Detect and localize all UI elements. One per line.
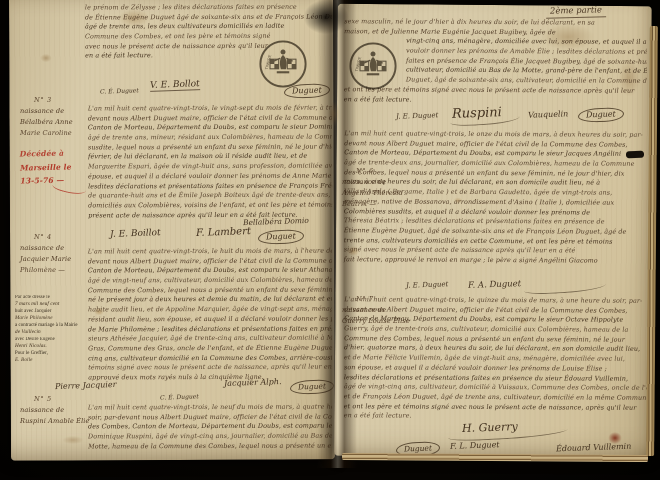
hand-line: avec Désiré Eugène — [15, 336, 93, 343]
hand-line: âgé de vingt-cinq ans, cultivateur, domi… — [344, 382, 647, 393]
signature: F. L. Duguet — [450, 440, 500, 451]
hand-line: Marie Philomène — [15, 315, 93, 322]
hand-line: en a été fait lecture. — [344, 95, 647, 106]
marriage-mention-stamp: Par acte dressé le7 mars mil neuf centhu… — [15, 294, 93, 364]
ink-blot — [626, 151, 644, 159]
hand-line: Marseille le — [20, 160, 72, 175]
hand-line: témoins signé avec nous le présent acte … — [88, 363, 332, 374]
margin-death-note: Décédée àMarseille le13-5-76 — — [20, 146, 72, 188]
hand-line: Motte, hameau de la Commune des Combes, … — [88, 441, 332, 452]
hand-line: L'an mil huit cent quatre-vingt-trois, l… — [344, 295, 647, 306]
hand-line: Guerry, âgé de trente-trois ans, cultiva… — [344, 324, 647, 335]
signature: J. E. Duguet — [406, 280, 449, 289]
signature: V. E. Bollot — [150, 79, 200, 92]
timbre-fiscal-stamp-icon: TIMBRE — [348, 41, 398, 91]
hand-line: le prénom de Zélysse ; les dites déclara… — [85, 3, 332, 14]
hand-line: naissance de — [20, 405, 94, 416]
hand-line: Marguerite Espari, âgée de vingt-huit an… — [88, 162, 332, 173]
hand-line: Dominique Ruspini, âgé de vingt-cinq ans… — [88, 432, 332, 443]
signature: F. A. Duguet — [468, 279, 521, 291]
hand-line: de Vuillecin — [15, 329, 93, 336]
hand-line: naissance de — [20, 106, 94, 117]
hand-line: âgé de trente ans, mineur, résidant aux … — [88, 133, 332, 144]
hand-line: N° 3 — [20, 95, 94, 106]
hand-line: Villa d'Asida ( Bergame, Italie ) et de … — [344, 187, 647, 198]
hand-line: L'an mil huit cent quatre-vingt-trois, l… — [88, 247, 332, 258]
hand-line: N° 4 — [20, 232, 94, 243]
register-scan: N° 3naissance deBélalbéra AnneMarie Caro… — [0, 0, 660, 480]
page-edge-stack-bottom — [342, 453, 648, 462]
hand-line: âgé de trente-deux ans, journalier, domi… — [344, 158, 647, 169]
margin-entry-n4: N° 4naissance deJacquier MariePhilomène … — [20, 232, 94, 276]
margin-entry-n3: N° 3naissance deBélalbéra AnneMarie Caro… — [20, 95, 94, 139]
hand-line: a contracté mariage à la Mairie — [15, 322, 93, 329]
signature: J. E. Duguet — [396, 111, 439, 120]
hand-line: Par acte dressé le — [15, 294, 93, 301]
hand-line: Henri Nicolas. — [15, 343, 93, 350]
act-text-n4: L'an mil huit cent quatre-vingt-trois, l… — [88, 247, 332, 383]
margin-entry-n5: N° 5naissance deRuspini Amable Élie — [20, 394, 94, 427]
hand-line: L'an mil huit cent quatre-vingt-trois, l… — [88, 403, 332, 414]
page-part-annotation: 2ème partie — [546, 5, 606, 19]
hand-line: signé avec nous le présent acte de naiss… — [344, 245, 647, 256]
hand-line: L'an mil huit cent quatre-vingt-trois, l… — [88, 104, 332, 115]
hand-line: naissance de — [20, 243, 94, 254]
hand-line: Jacquier Marie — [20, 254, 94, 265]
act-text-n5-start: L'an mil huit cent quatre-vingt-trois, l… — [88, 403, 332, 452]
hand-line: 7 mars mil neuf cent — [15, 301, 93, 308]
hand-line: fait lecture, approuvé le renvoi en marg… — [344, 255, 647, 266]
act-text-n3: L'an mil huit cent quatre-vingt-trois, l… — [88, 104, 332, 221]
act-text-n6: L'an mil huit cent quatre-vingt-trois, l… — [344, 129, 648, 266]
act-text-n7: L'an mil huit cent quatre-vingt-trois, l… — [344, 295, 648, 423]
signature: C. É. Duguet — [160, 393, 199, 401]
hand-line: Ruspini Amable Élie — [20, 416, 94, 427]
hand-line: de quarante-huit ans et de Émile Joseph … — [88, 191, 332, 202]
hand-line: Philomène — — [20, 265, 94, 276]
hand-line: habite audit lieu, et de Appoline Marqui… — [88, 305, 332, 316]
signature: C. É. Duguet — [100, 87, 139, 95]
hand-line: âgé de vingt-neuf ans, cultivateur, domi… — [88, 276, 332, 287]
hand-line: Bélalbéra Anne — [20, 117, 94, 128]
hand-line: L'an mil huit cent quatre-vingt-trois, l… — [344, 129, 647, 140]
hand-line: approuvé deux mots rayés nuls à la cinqu… — [88, 373, 332, 384]
hand-line: Pour le Greffier, — [15, 350, 93, 357]
signature: Vauquelin — [528, 109, 569, 119]
signature: J. E. Boillot — [110, 228, 161, 240]
signature: F. Lambert — [196, 226, 251, 239]
hand-line: Marie Caroline — [20, 128, 94, 139]
hand-line: Décédée à — [20, 146, 72, 161]
hand-line: Théresia Béatrix ; lesdites déclarations… — [344, 216, 647, 227]
hand-line: sexe masculin, né le jour d'hier à dix h… — [344, 17, 647, 28]
hand-line: et de Marie Félicie Vuillemin, âgée de v… — [344, 353, 647, 364]
hand-line: huit avec Jacquier — [15, 308, 93, 315]
hand-line: N° 5 — [20, 394, 94, 405]
hand-line: E. Bolle — [15, 357, 93, 364]
timbre-fiscal-stamp-icon: TIMBRE — [258, 39, 308, 89]
hand-line: sieurs Athésée Jacquier, âgé de trente-c… — [88, 334, 332, 345]
